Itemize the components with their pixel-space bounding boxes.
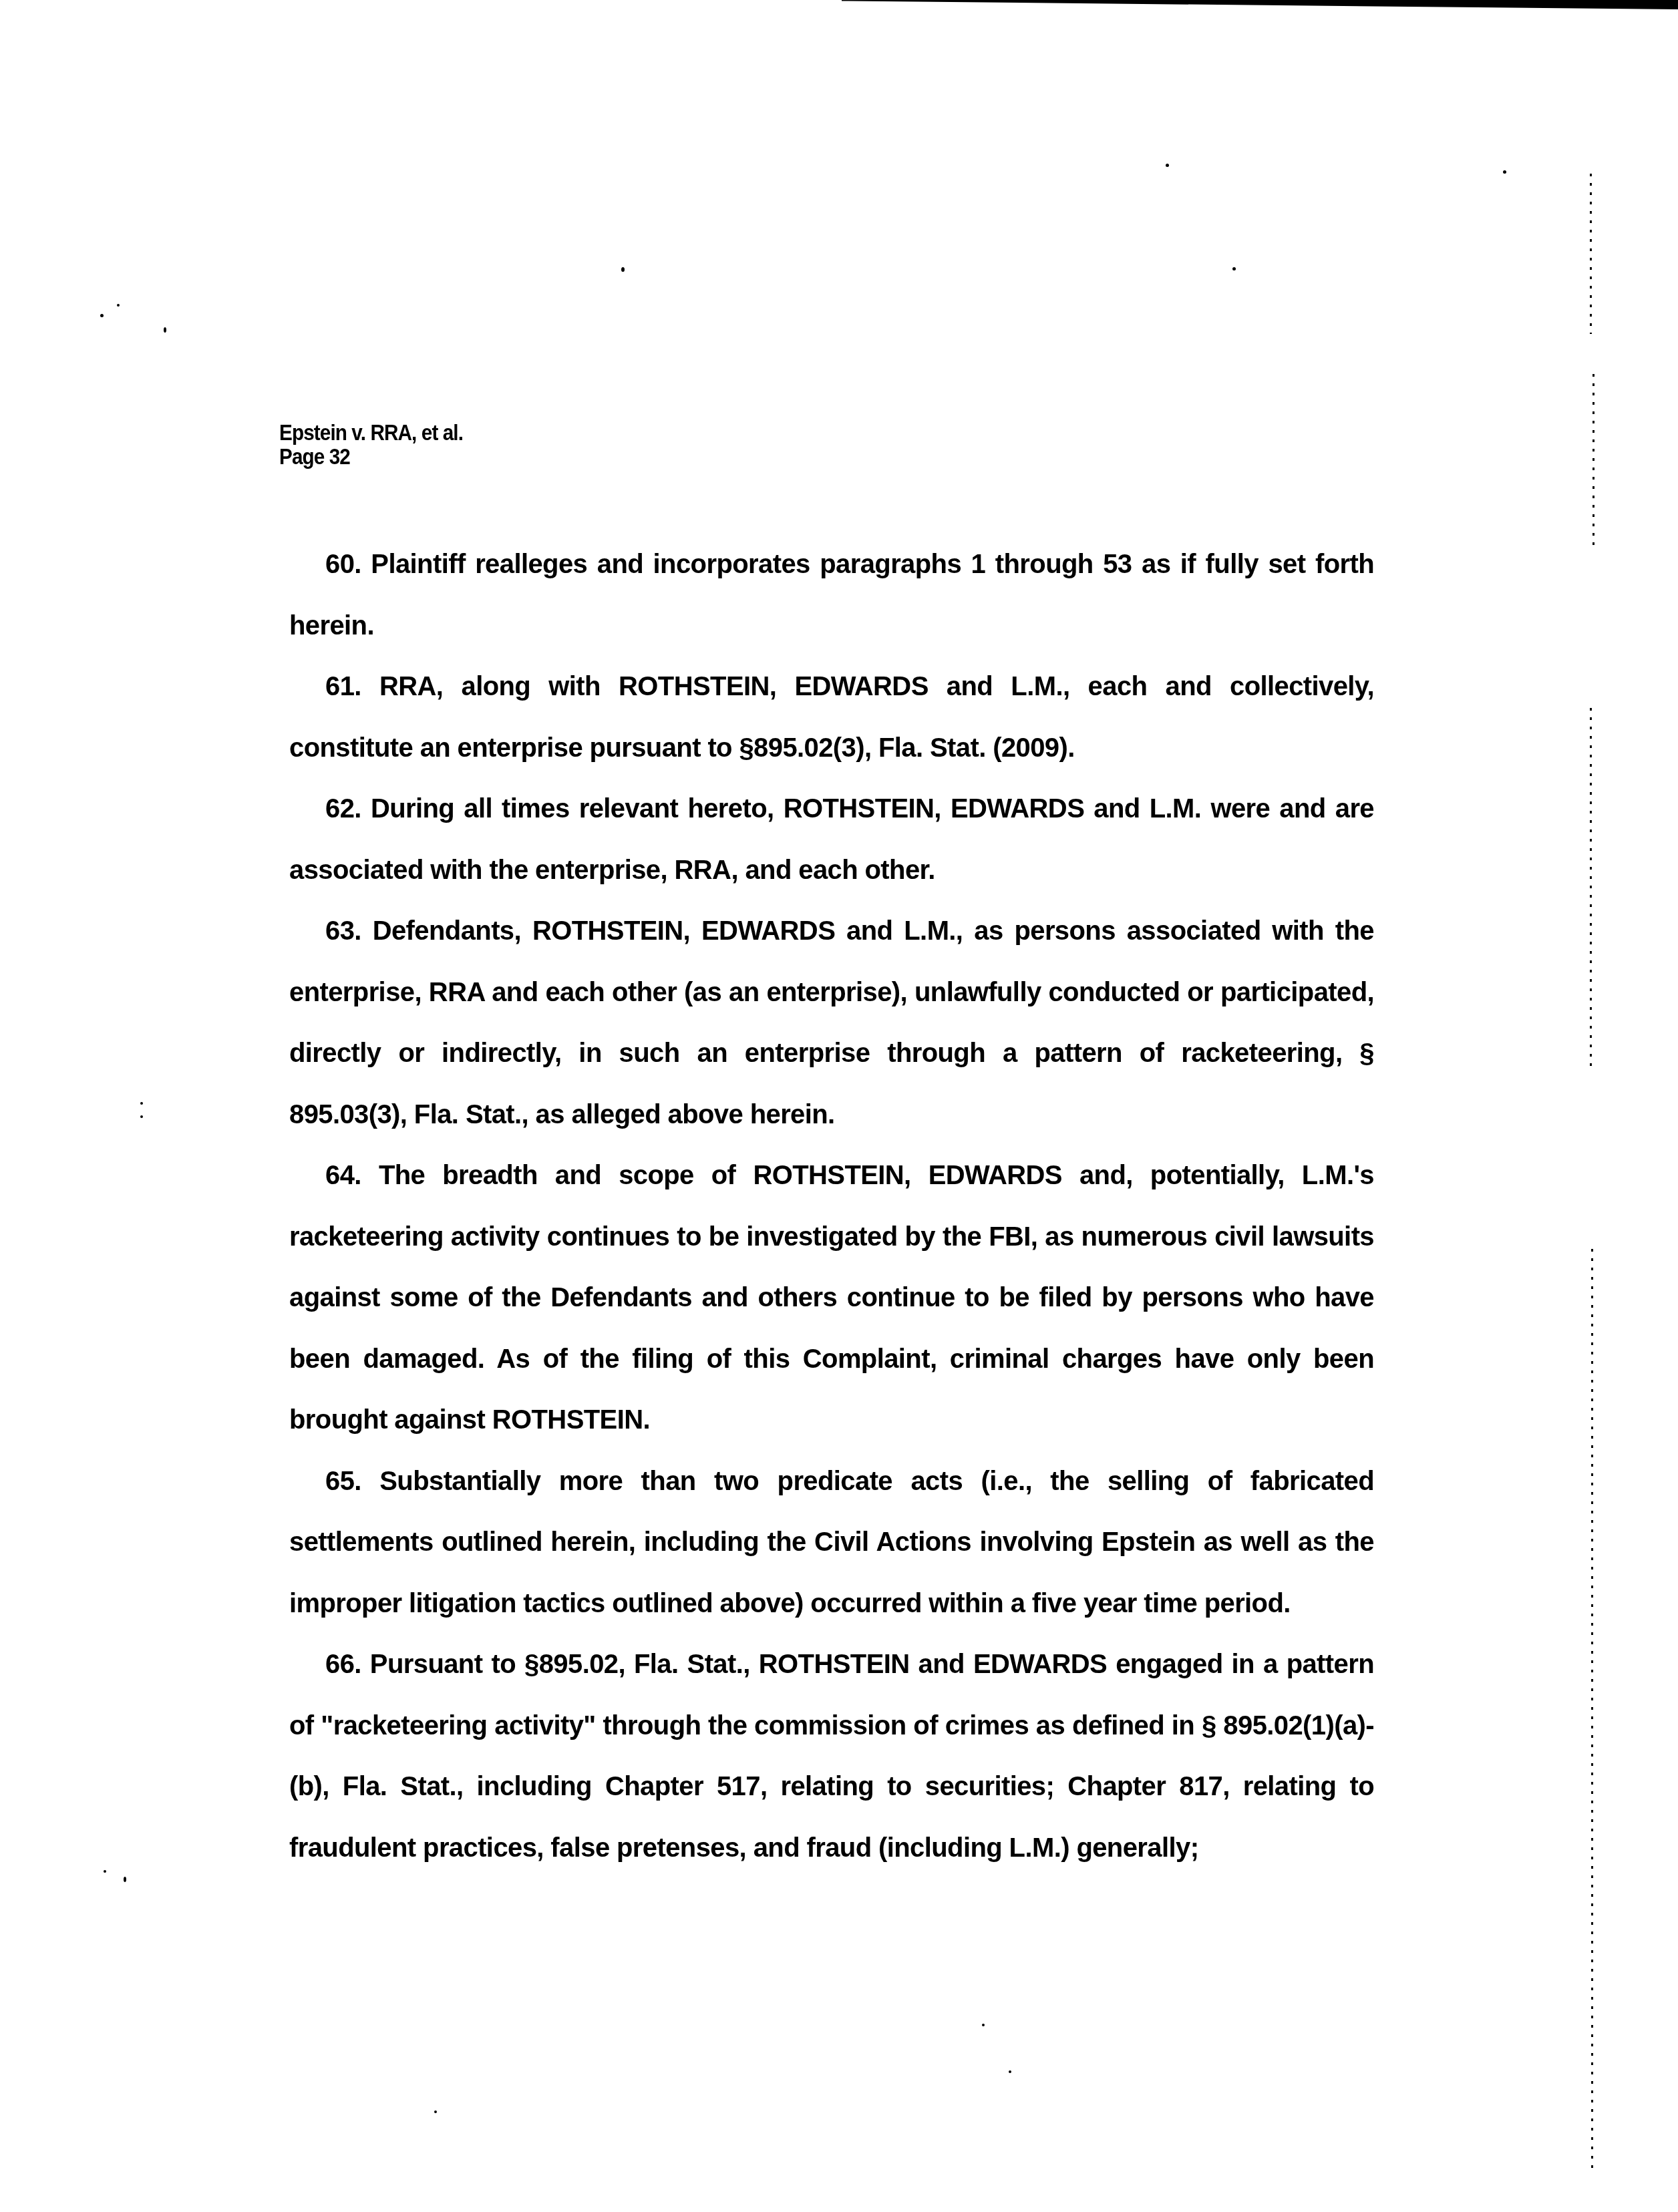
scan-margin-artifact [1590,174,1592,334]
paragraph-text: Plaintiff realleges and incorporates par… [289,550,1374,640]
paragraph-number: 62. [325,794,361,823]
paragraph-number: 65. [325,1467,361,1496]
paragraph-65: 65. Substantially more than two predicat… [289,1451,1374,1635]
scan-speck [982,2024,985,2026]
case-caption: Epstein v. RRA, et al. [279,421,463,445]
scan-margin-artifact [1592,374,1595,548]
scan-margin-artifact [1590,708,1592,1069]
paragraph-text: Substantially more than two predicate ac… [289,1467,1374,1618]
scan-speck [100,314,104,317]
paragraph-66: 66. Pursuant to §895.02, Fla. Stat., ROT… [289,1634,1374,1879]
page-header: Epstein v. RRA, et al. Page 32 [279,421,463,469]
scan-margin-artifact [1591,1249,1593,2171]
paragraph-text: RRA, along with ROTHSTEIN, EDWARDS and L… [289,672,1374,763]
scan-speck [1232,267,1236,270]
scan-speck [1009,2070,1011,2073]
paragraph-text: During all times relevant hereto, ROTHST… [289,794,1374,885]
paragraph-text: The breadth and scope of ROTHSTEIN, EDWA… [289,1161,1374,1435]
paragraph-number: 61. [325,672,361,701]
scan-speck [1166,164,1169,167]
page-number: Page 32 [279,445,463,469]
paragraph-63: 63. Defendants, ROTHSTEIN, EDWARDS and L… [289,901,1374,1145]
scan-speck [117,304,120,307]
paragraph-64: 64. The breadth and scope of ROTHSTEIN, … [289,1145,1374,1451]
scan-speck [140,1102,143,1105]
scan-edge-artifact [842,0,1678,9]
scan-speck [140,1115,143,1118]
paragraph-60: 60. Plaintiff realleges and incorporates… [289,534,1374,657]
scan-speck [621,267,625,272]
paragraph-text: Defendants, ROTHSTEIN, EDWARDS and L.M.,… [289,916,1374,1129]
scan-speck [1503,170,1506,174]
paragraph-number: 64. [325,1161,361,1190]
scan-speck [104,1870,106,1873]
scan-speck [164,327,166,333]
scan-speck [434,2110,437,2113]
paragraph-62: 62. During all times relevant hereto, RO… [289,779,1374,901]
paragraph-text: Pursuant to §895.02, Fla. Stat., ROTHSTE… [289,1650,1374,1863]
paragraph-61: 61. RRA, along with ROTHSTEIN, EDWARDS a… [289,657,1374,779]
paragraph-number: 63. [325,916,361,946]
paragraph-number: 60. [325,550,361,579]
scan-speck [124,1877,126,1882]
document-body: 60. Plaintiff realleges and incorporates… [289,534,1374,1879]
paragraph-number: 66. [325,1650,361,1679]
